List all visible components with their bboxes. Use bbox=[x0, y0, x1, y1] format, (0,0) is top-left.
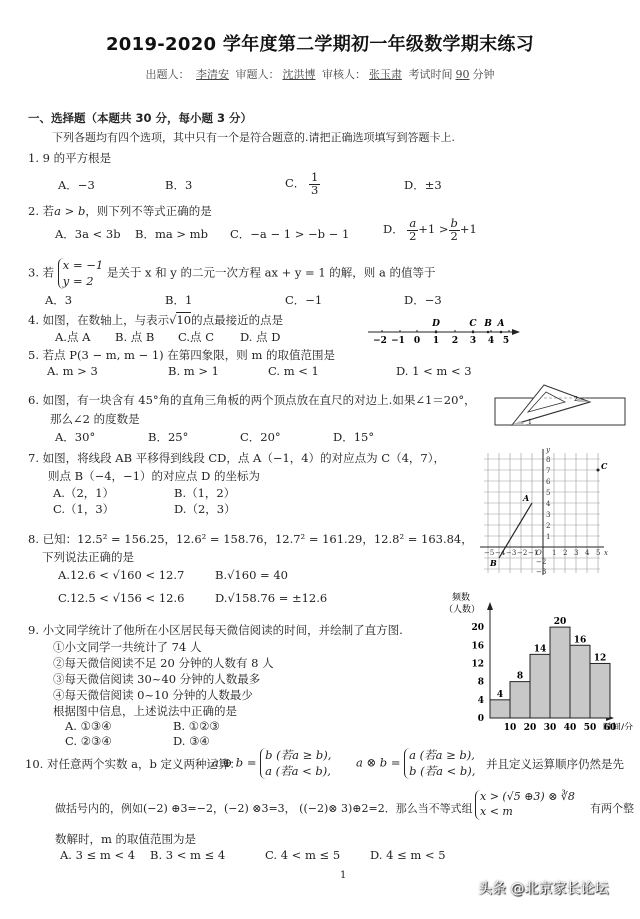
question-stem: 如图，有一块含有 45°角的直角三角板的两个顶点放在直尺的对边上.如果∠1＝20… bbox=[43, 393, 476, 407]
svg-text:−5: −5 bbox=[484, 549, 494, 557]
q8-option-c: C.12.5 < √156 < 12.6 bbox=[58, 591, 184, 605]
svg-text:4: 4 bbox=[585, 549, 590, 557]
stem-math: a > b bbox=[54, 204, 85, 218]
question-3: 3. 若 x = −1y = 2 是关于 x 和 y 的二元一次方程 ax + … bbox=[28, 258, 435, 289]
q10-line-2: 做括号内的，例如(−2) ⊕3=−2，(−2) ⊗3=3， ((−2)⊗ 3)⊕… bbox=[55, 800, 473, 816]
svg-text:5: 5 bbox=[503, 336, 509, 345]
histogram-chart: 频数 （人数） 4814201612 048121620 10203040506… bbox=[440, 590, 640, 730]
svg-text:2: 2 bbox=[546, 522, 550, 530]
exam-credits: 出题人： 李清安 审题人：沈洪博 审核人：张玉肃 考试时间90分钟 bbox=[0, 66, 640, 82]
question-number: 8. bbox=[28, 532, 39, 546]
q5-option-d: D. 1 < m < 3 bbox=[396, 364, 472, 378]
svg-text:30: 30 bbox=[544, 723, 557, 730]
q7-option-a: A.（2，1） bbox=[53, 485, 114, 501]
denominator: 3 bbox=[309, 185, 320, 197]
stem-pre: 如图，在数轴上，与表示 bbox=[43, 313, 170, 327]
q1-option-c: C． 13 bbox=[285, 172, 320, 196]
q9-statement-2: ②每天微信阅读不足 20 分钟的人数有 8 人 bbox=[53, 655, 274, 671]
svg-text:2: 2 bbox=[574, 396, 578, 403]
inequality-system: x > (√5 ⊕3) ⊗ ∛8x < m bbox=[475, 790, 575, 820]
svg-text:4: 4 bbox=[497, 690, 503, 700]
equation-system: x = −1y = 2 bbox=[58, 258, 103, 289]
svg-text:20: 20 bbox=[524, 723, 537, 730]
q2-option-a: A．3a < 3b bbox=[55, 226, 121, 242]
numerator: a bbox=[409, 216, 416, 230]
q10-option-b: B. 3 < m ≤ 4 bbox=[150, 848, 225, 862]
q5-option-c: C. m < 1 bbox=[268, 364, 319, 378]
op-lhs: a ⊕ b = bbox=[212, 756, 256, 770]
op-lhs: a ⊗ b = bbox=[356, 756, 400, 770]
q1-option-d: D．±3 bbox=[404, 177, 442, 193]
question-stem: 小文同学统计了他所在小区居民每天微信阅读的时间，并绘制了直方图. bbox=[43, 623, 403, 637]
q6-stem-continued: 那么∠2 的度数是 bbox=[50, 411, 140, 427]
q3-option-c: C．−1 bbox=[285, 292, 322, 308]
coordinate-grid-figure: −5−4−3−2−1 12345 87654321 −2−3 O x y ABC bbox=[470, 445, 610, 575]
svg-text:B: B bbox=[483, 319, 492, 329]
inequality: x > (√5 ⊕3) ⊗ ∛8 bbox=[480, 790, 575, 803]
svg-text:20: 20 bbox=[554, 617, 567, 627]
q10-option-c: C. 4 < m ≤ 5 bbox=[265, 848, 340, 862]
checker-label: 审核人： bbox=[322, 68, 366, 81]
inequality: x < m bbox=[480, 805, 513, 818]
time-unit: 分钟 bbox=[473, 68, 495, 81]
denominator: 2 bbox=[449, 231, 460, 243]
system: x > (√5 ⊕3) ⊗ ∛8x < m bbox=[475, 790, 575, 820]
operator: +1 bbox=[460, 222, 477, 236]
histogram-bar bbox=[530, 654, 550, 718]
svg-text:8: 8 bbox=[478, 678, 484, 688]
question-stem: 若点 P(3 − m, m − 1) 在第四象限，则 m 的取值范围是 bbox=[43, 348, 335, 362]
svg-text:频数: 频数 bbox=[452, 591, 470, 603]
stem-pre: 若 bbox=[43, 266, 55, 280]
question-10: 10. 对任意两个实数 a，b 定义两种运算： bbox=[25, 756, 241, 772]
q1-option-a: A．−3 bbox=[58, 177, 95, 193]
case: a (若a < b), bbox=[265, 764, 331, 778]
option-label: D． bbox=[383, 222, 404, 236]
q5-option-a: A. m > 3 bbox=[47, 364, 98, 378]
q8-option-b: B.√160 = 40 bbox=[215, 568, 288, 582]
histogram-bar bbox=[490, 700, 510, 718]
q4-option-c: C.点 C bbox=[178, 329, 214, 345]
svg-text:−4: −4 bbox=[495, 549, 506, 557]
svg-text:1: 1 bbox=[546, 533, 550, 541]
svg-text:O: O bbox=[536, 549, 542, 557]
svg-text:−3: −3 bbox=[506, 549, 516, 557]
q10-option-d: D. 4 ≤ m < 5 bbox=[370, 848, 446, 862]
stem-post: 的点最接近的点是 bbox=[191, 313, 283, 327]
q1-option-b: B．3 bbox=[165, 177, 192, 193]
question-stem: 如图，将线段 AB 平移得到线段 CD，点 A（−1，4）的对应点为 C（4，7… bbox=[43, 451, 445, 465]
q2-option-c: C．−a − 1 > −b − 1 bbox=[230, 226, 349, 242]
q9-statement-1: ①小文同学一共统计了 74 人 bbox=[53, 639, 201, 655]
svg-text:C: C bbox=[469, 319, 477, 329]
q5-option-b: B. m > 1 bbox=[168, 364, 219, 378]
svg-text:3: 3 bbox=[546, 511, 550, 519]
svg-text:10: 10 bbox=[504, 723, 517, 730]
q2-option-b: B．ma > mb bbox=[135, 226, 208, 242]
q7-option-b: B.（1，2） bbox=[174, 485, 235, 501]
svg-text:16: 16 bbox=[574, 635, 587, 645]
svg-text:1: 1 bbox=[433, 336, 439, 345]
histogram-bar bbox=[590, 663, 610, 718]
question-number: 10. bbox=[25, 757, 43, 771]
question-5: 5. 若点 P(3 − m, m − 1) 在第四象限，则 m 的取值范围是 bbox=[28, 347, 335, 363]
equation: x = −1 bbox=[63, 258, 103, 272]
histogram-bar bbox=[510, 682, 530, 718]
q9-stem-continued: 根据图中信息，上述说法中正确的是 bbox=[53, 703, 237, 719]
q3-option-b: B．1 bbox=[165, 292, 192, 308]
fraction: 13 bbox=[309, 172, 320, 196]
question-number: 1. bbox=[28, 151, 39, 165]
svg-text:1: 1 bbox=[552, 549, 556, 557]
q2-option-d: D． a2+1 >b2+1 bbox=[383, 218, 477, 242]
reviewer-name: 沈洪博 bbox=[283, 68, 316, 81]
svg-text:4: 4 bbox=[478, 696, 484, 706]
svg-text:D: D bbox=[431, 319, 440, 329]
svg-text:50: 50 bbox=[584, 723, 597, 730]
stem-post: ，则下列不等式正确的是 bbox=[85, 204, 212, 218]
case: a (若a ≥ b), bbox=[409, 748, 475, 762]
operator: +1 > bbox=[418, 222, 448, 236]
svg-text:5: 5 bbox=[596, 549, 600, 557]
page-number: 1 bbox=[340, 870, 346, 881]
q4-option-a: A.点 A bbox=[55, 329, 90, 345]
q10-line-3: 数解时，m 的取值范围为是 bbox=[55, 831, 196, 847]
svg-text:7: 7 bbox=[546, 467, 550, 475]
q10-stem-tail: 并且定义运算顺序仍然是先 bbox=[486, 756, 624, 772]
number-line-figure: −2 −1 0 1 2 3 4 5 D C B A bbox=[360, 315, 520, 345]
op-oplus-definition: a ⊕ b = b (若a ≥ b),a (若a < b), bbox=[212, 748, 331, 779]
q10-option-a: A. 3 ≤ m < 4 bbox=[60, 848, 135, 862]
question-number: 6. bbox=[28, 393, 39, 407]
q8-option-d: D.√158.76 = ±12.6 bbox=[215, 591, 327, 605]
q9-option-a: A. ①③④ bbox=[65, 719, 112, 733]
fraction: a2 bbox=[407, 218, 418, 242]
author-name: 李清安 bbox=[196, 68, 229, 81]
q7-option-c: C.（1，3） bbox=[53, 501, 114, 517]
section-title: 一、选择题（本题共 30 分，每小题 3 分） bbox=[28, 110, 252, 126]
q6-option-d: D．15° bbox=[333, 429, 374, 445]
q9-option-c: C. ②③④ bbox=[65, 734, 112, 748]
q3-option-a: A．3 bbox=[45, 292, 72, 308]
time-value: 90 bbox=[456, 68, 470, 81]
question-number: 9. bbox=[28, 623, 39, 637]
histogram-bar bbox=[550, 627, 570, 718]
svg-text:C: C bbox=[601, 461, 608, 471]
svg-text:A: A bbox=[522, 493, 529, 503]
question-8: 8. 已知：12.5² = 156.25，12.6² = 158.76，12.7… bbox=[28, 531, 473, 547]
question-number: 4. bbox=[28, 313, 39, 327]
svg-text:8: 8 bbox=[546, 456, 550, 464]
svg-text:16: 16 bbox=[471, 641, 484, 651]
question-7: 7. 如图，将线段 AB 平移得到线段 CD，点 A（−1，4）的对应点为 C（… bbox=[28, 450, 445, 466]
q7-option-d: D.（2，3） bbox=[174, 501, 236, 517]
svg-text:−2: −2 bbox=[517, 549, 527, 557]
question-1: 1. 9 的平方根是 bbox=[28, 150, 111, 166]
question-stem: 已知：12.5² = 156.25，12.6² = 158.76，12.7² =… bbox=[43, 532, 473, 546]
denominator: 2 bbox=[407, 231, 418, 243]
question-number: 7. bbox=[28, 451, 39, 465]
question-2: 2. 若a > b，则下列不等式正确的是 bbox=[28, 203, 212, 219]
exam-title: 2019-2020 学年度第二学期初一年级数学期末练习 bbox=[0, 30, 640, 56]
question-number: 5. bbox=[28, 348, 39, 362]
question-9: 9. 小文同学统计了他所在小区居民每天微信阅读的时间，并绘制了直方图. bbox=[28, 622, 403, 638]
reviewer-label: 审题人： bbox=[236, 68, 280, 81]
q9-statement-4: ④每天微信阅读 0~10 分钟的人数最少 bbox=[53, 687, 253, 703]
case: b (若a ≥ b), bbox=[265, 748, 331, 762]
option-label: C． bbox=[285, 176, 305, 190]
svg-text:6: 6 bbox=[546, 478, 551, 486]
svg-text:A: A bbox=[497, 319, 505, 329]
time-label: 考试时间 bbox=[409, 68, 453, 81]
q10-line-2-tail: 有两个整 bbox=[590, 800, 634, 816]
question-6: 6. 如图，有一块含有 45°角的直角三角板的两个顶点放在直尺的对边上.如果∠1… bbox=[28, 392, 476, 408]
question-stem: 9 的平方根是 bbox=[43, 151, 111, 165]
stem-pre: 若 bbox=[43, 204, 55, 218]
checker-name: 张玉肃 bbox=[369, 68, 402, 81]
q3-option-d: D．−3 bbox=[404, 292, 442, 308]
author-label: 出题人： bbox=[146, 68, 190, 81]
fraction: b2 bbox=[449, 218, 460, 242]
question-number: 2. bbox=[28, 204, 39, 218]
radicand: 10 bbox=[176, 312, 191, 327]
q6-option-b: B．25° bbox=[148, 429, 188, 445]
svg-text:4: 4 bbox=[546, 500, 551, 508]
ruler-triangle-figure: 2 1 bbox=[490, 380, 635, 440]
svg-text:x: x bbox=[604, 549, 608, 557]
q6-option-c: C．20° bbox=[240, 429, 281, 445]
svg-text:−2: −2 bbox=[373, 336, 387, 345]
question-number: 3. bbox=[28, 266, 39, 280]
piecewise: a (若a ≥ b),b (若a < b), bbox=[404, 748, 475, 779]
svg-text:−3: −3 bbox=[536, 568, 546, 575]
q9-option-b: B. ①②③ bbox=[173, 719, 220, 733]
svg-text:0: 0 bbox=[478, 714, 484, 724]
q9-statement-3: ③每天微信阅读 30~40 分钟的人数最多 bbox=[53, 671, 260, 687]
svg-text:2: 2 bbox=[563, 549, 567, 557]
numerator: b bbox=[451, 216, 458, 230]
equation: y = 2 bbox=[63, 274, 94, 288]
svg-text:y: y bbox=[545, 446, 551, 454]
question-4: 4. 如图，在数轴上，与表示√10的点最接近的点是 bbox=[28, 312, 283, 328]
histogram-bar bbox=[570, 645, 590, 718]
svg-text:−2: −2 bbox=[536, 558, 546, 566]
svg-text:0: 0 bbox=[414, 336, 420, 345]
section-instruction: 下列各题均有四个选项，其中只有一个是符合题意的.请把正确选项填写到答题卡上. bbox=[52, 129, 455, 145]
svg-text:8: 8 bbox=[517, 672, 523, 682]
case: b (若a < b), bbox=[409, 764, 475, 778]
q8-option-a: A.12.6 < √160 < 12.7 bbox=[58, 568, 184, 582]
svg-text:20: 20 bbox=[471, 623, 484, 633]
svg-text:4: 4 bbox=[488, 336, 494, 345]
q4-option-b: B. 点 B bbox=[115, 329, 154, 345]
op-otimes-definition: a ⊗ b = a (若a ≥ b),b (若a < b), bbox=[356, 748, 475, 779]
q8-stem-continued: 下列说法正确的是 bbox=[42, 549, 134, 565]
q9-option-d: D. ③④ bbox=[173, 734, 210, 748]
svg-text:40: 40 bbox=[564, 723, 577, 730]
svg-text:2: 2 bbox=[452, 336, 458, 345]
piecewise: b (若a ≥ b),a (若a < b), bbox=[260, 748, 331, 779]
q6-option-a: A．30° bbox=[55, 429, 95, 445]
svg-text:3: 3 bbox=[574, 549, 578, 557]
svg-text:12: 12 bbox=[594, 653, 607, 663]
svg-text:时间/分: 时间/分 bbox=[603, 721, 633, 730]
svg-text:−1: −1 bbox=[391, 336, 405, 345]
svg-text:3: 3 bbox=[470, 336, 476, 345]
svg-text:1: 1 bbox=[528, 419, 532, 426]
svg-text:12: 12 bbox=[471, 659, 484, 669]
watermark: 头条 @北京家长论坛 bbox=[478, 878, 608, 898]
q4-option-d: D. 点 D bbox=[240, 329, 281, 345]
svg-text:14: 14 bbox=[534, 644, 547, 654]
stem-post: 是关于 x 和 y 的二元一次方程 ax + y = 1 的解，则 a 的值等于 bbox=[107, 266, 436, 280]
svg-text:B: B bbox=[489, 558, 497, 568]
svg-text:5: 5 bbox=[546, 489, 550, 497]
svg-text:（人数）: （人数） bbox=[444, 603, 480, 615]
q7-stem-continued: 则点 B（−4，−1）的对应点 D 的坐标为 bbox=[48, 468, 260, 484]
